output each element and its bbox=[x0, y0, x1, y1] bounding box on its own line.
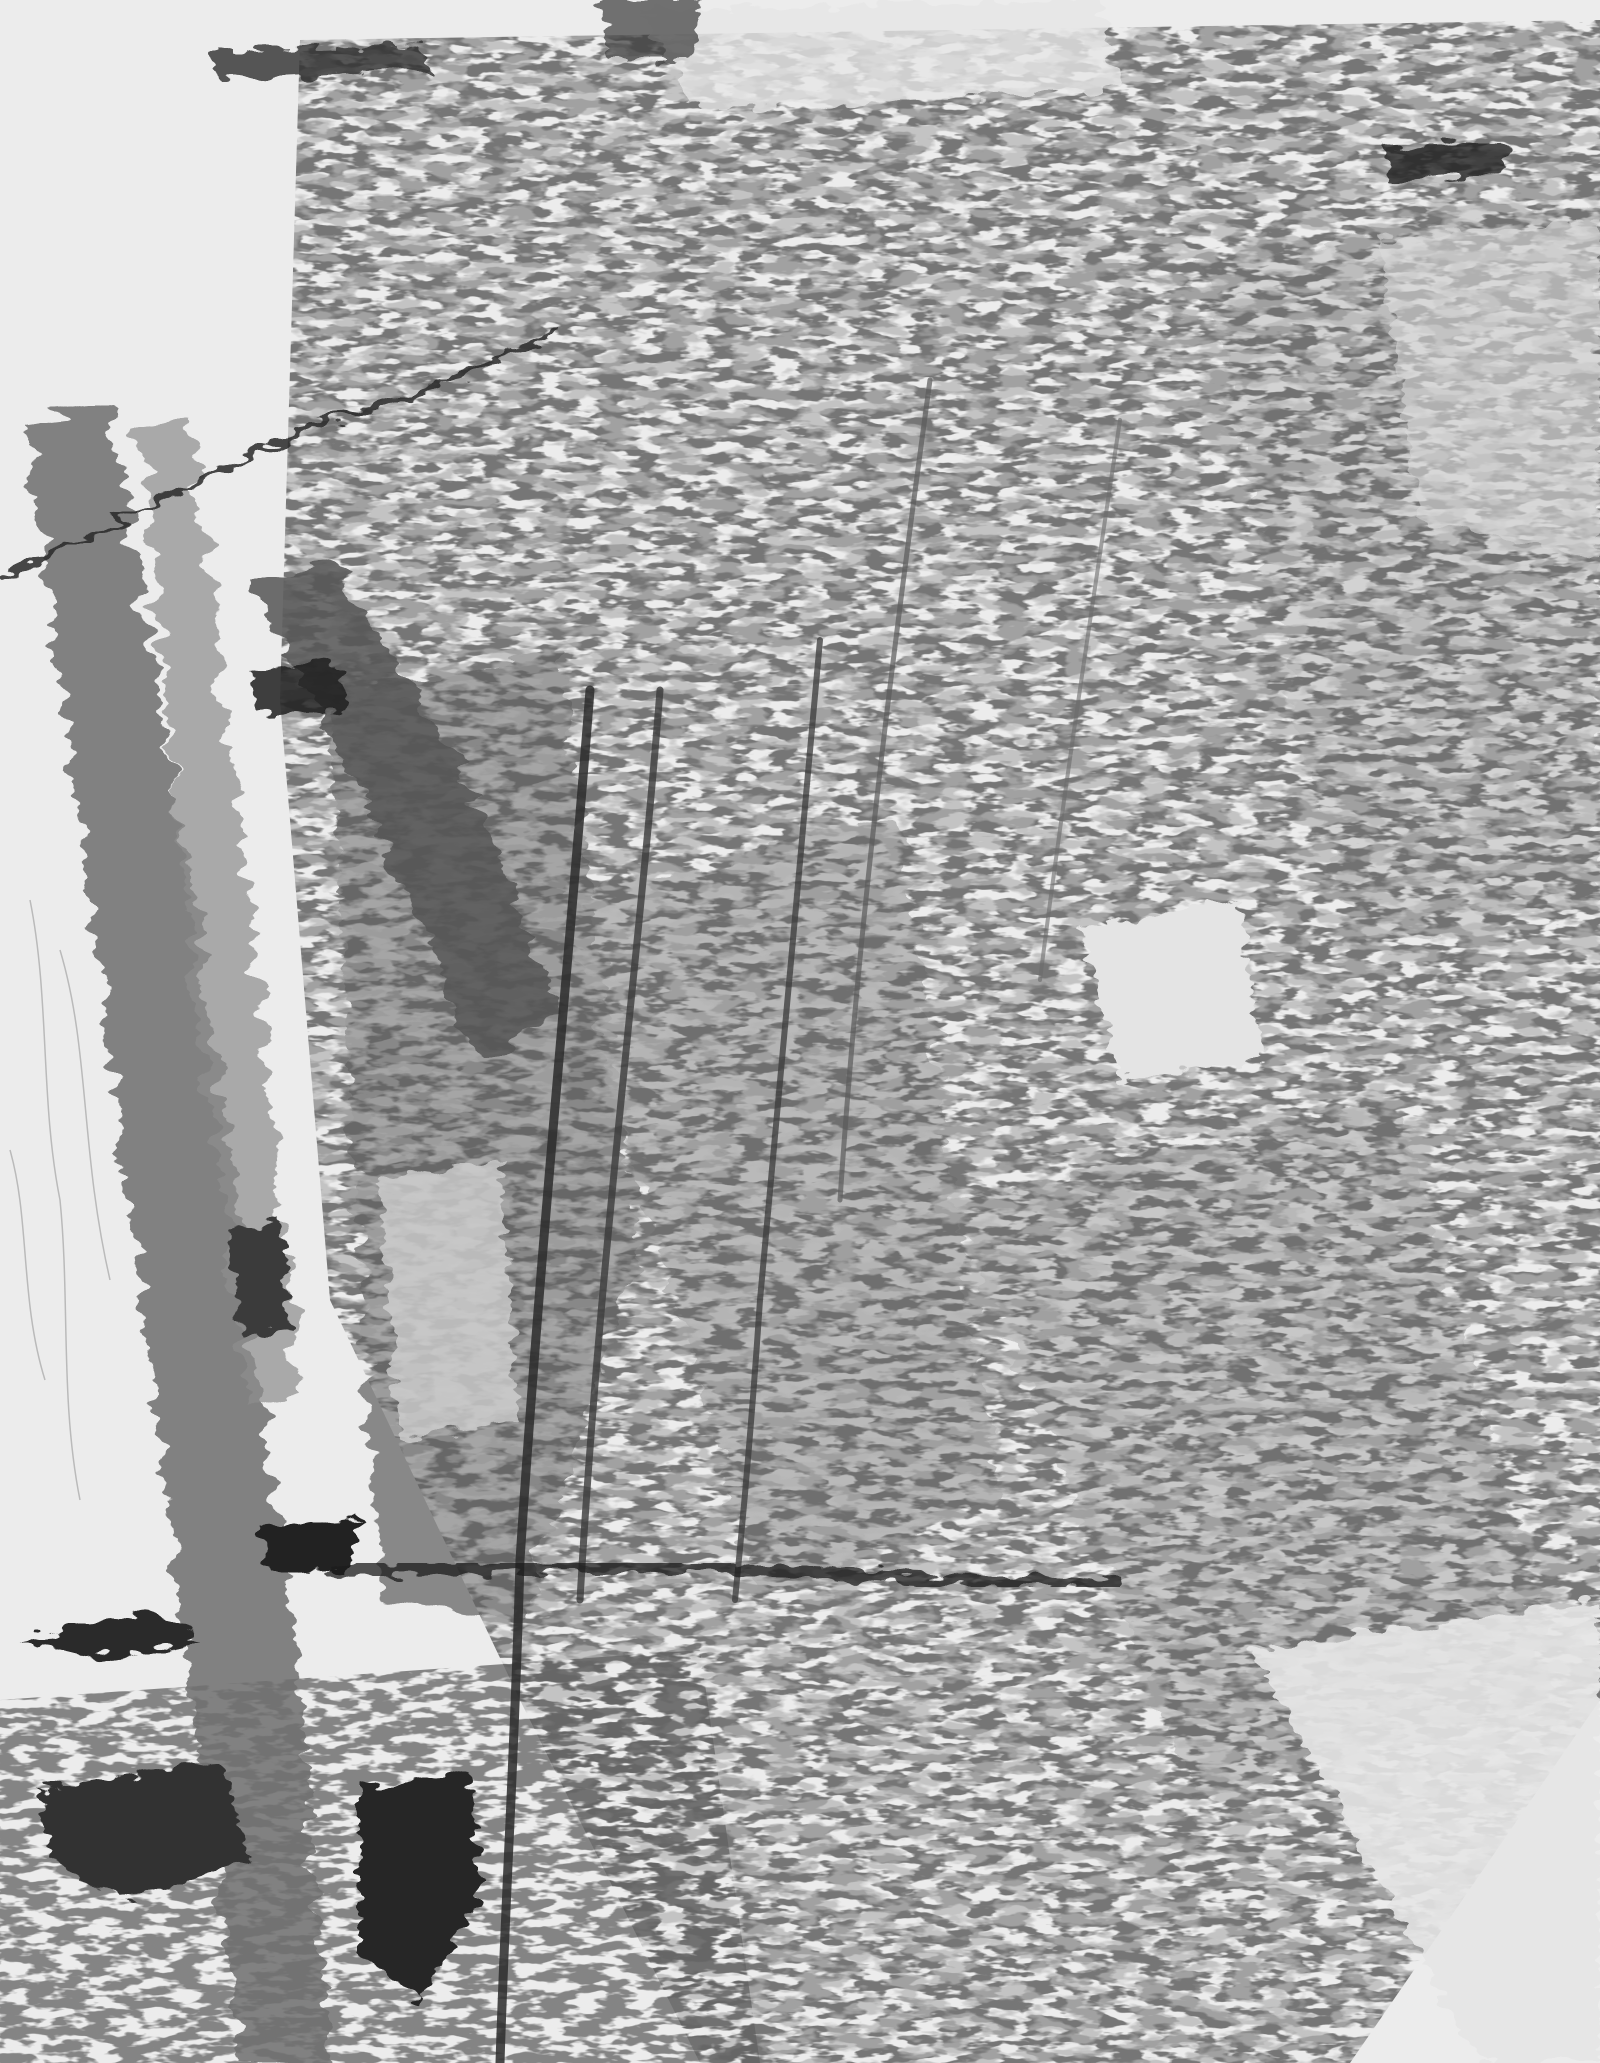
abstract-painting bbox=[0, 0, 1600, 2063]
